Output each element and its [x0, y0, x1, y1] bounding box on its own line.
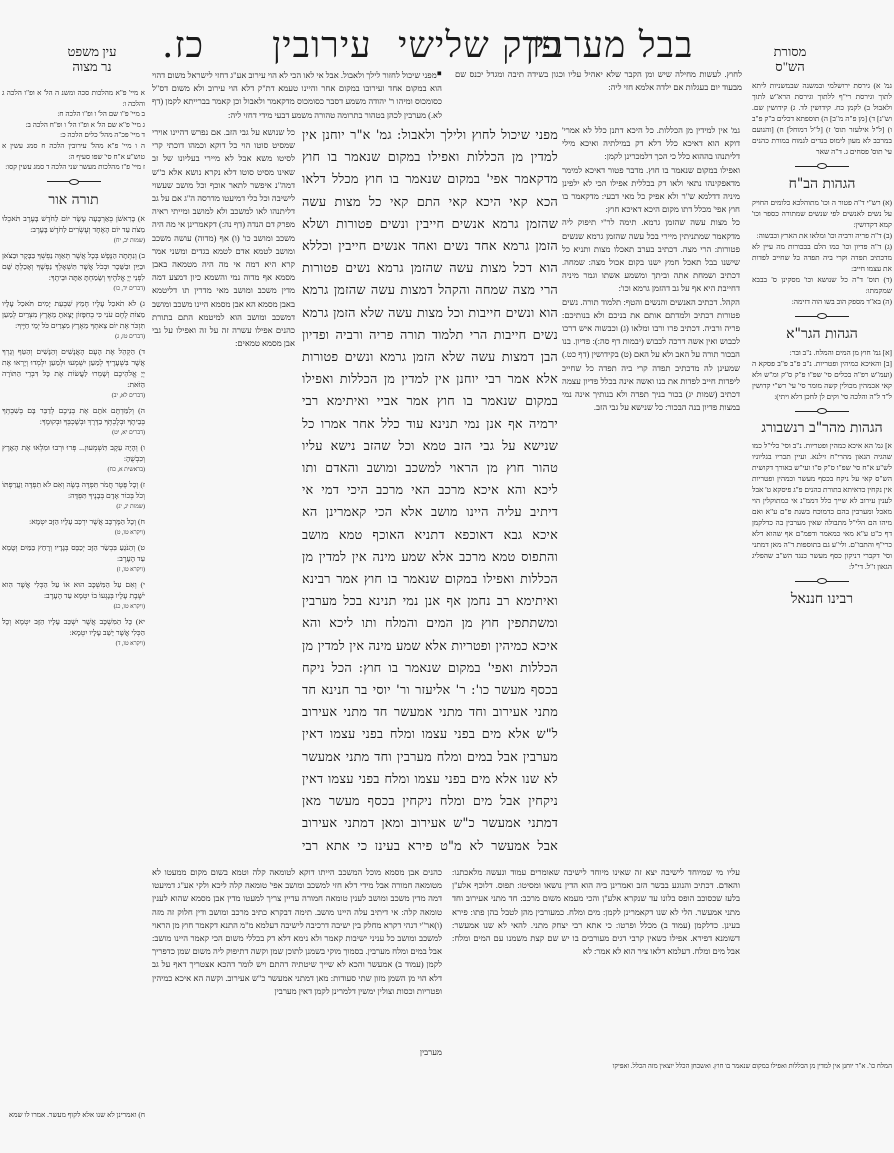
ornament-divider	[47, 179, 101, 185]
tosafot-lower-text: עליו מי שמיוחד לישיבה יצא זה שאינו מיוחד…	[452, 868, 740, 956]
torah-or-verse: י) וְאִם עַל הַמִּשְׁכָּב הוּא אוֹ עַל ה…	[2, 579, 145, 601]
tosafot-head: לחוץ. לעשות מחילה שיש ומן הקבר שלא יאהיל…	[455, 68, 742, 124]
hagaha-item: (א) רש"י ד"ה פטור ה וכו' מתוהלכא כלומים …	[752, 197, 892, 230]
ornament-divider	[795, 408, 849, 414]
torah-or-title: תורה אור	[2, 191, 145, 209]
verse-reference: (דברים יא, יט)	[2, 428, 145, 439]
torah-or: א) בָּרִאשֹׁן בְּאַרְבָּעָה עָשָׂר יוֹם …	[2, 213, 145, 653]
ein-mishpat-item: א מיי' פ"א מהלכות סכה ומשנ ה הל' א ופ"ו …	[2, 88, 145, 109]
verse-reference: (ויקרא טו, ז)	[2, 565, 145, 576]
hagaha-item: א] גמ' הא איכא כמהין ופטריות. נ"ב וסי' כ…	[752, 440, 892, 572]
ein-mishpat-title: עין משפט נר מצוה	[52, 44, 132, 74]
gemara-body: מפני שיכול לחוץ ולילך ולאבול: גמ' א"ר יו…	[302, 128, 558, 850]
torah-or-verse: ו) וְהָיָה עֵקֶב תִּשְׁמְעוּן... פְּרוּ …	[2, 442, 145, 464]
masechet-chapter-label: בבל מערבין	[525, 26, 693, 66]
torah-or-verse: ב) וְנִתְּתָה הַנֶּפֶשׁ בְּכָל אֲשֶׁר תְ…	[2, 250, 145, 283]
hagaha-item: [ב] והאיכא כמיהין ופטריות. נ"ב פ"ב פ"ב פ…	[752, 358, 892, 402]
ornament-divider	[795, 313, 849, 319]
hagahot-hagra: [א] גמ' חוץ מן המים והמלח. נ"ב ובר: [ב] …	[752, 347, 892, 402]
torah-or-verse: ט) וְהַנֹּגֵעַ בִּבְשַׂר הַזָּב יְכַבֵּס…	[2, 542, 145, 564]
verse-reference: (בראשית א, כח)	[2, 465, 145, 476]
hagahot-hagra-title: הגהות הגר"א	[752, 325, 892, 343]
verse-reference: (דברים טז, ג)	[2, 332, 145, 343]
torah-or-verse: א) בָּרִאשֹׁן בְּאַרְבָּעָה עָשָׂר יוֹם …	[2, 213, 145, 235]
rashi-column: כל שנושא על גבי הזב. אם נפרש דהיינו אויר…	[152, 126, 295, 856]
tosafot-section: ואפילו במקום שנאמר בו חוץ. מדבר פטור דאי…	[562, 164, 740, 217]
verse-reference: (שמות יב, יח)	[2, 236, 145, 247]
rashi-head-text: מפני שיכול לחזור לילך ולאבול. אבל אי לאו…	[152, 71, 442, 120]
verse-reference: (דברים יד, כו)	[2, 284, 145, 295]
tosafot-lower: עליו מי שמיוחד לישיבה יצא זה שאינו מיוחד…	[452, 866, 740, 1026]
verse-reference: (שמות יג, יג)	[2, 502, 145, 513]
tosafot-head-text: לחוץ. לעשות מחילה שיש ומן הקבר שלא יאהיל…	[455, 70, 742, 92]
catchword: מערבין	[152, 1046, 442, 1060]
torah-or-verse: ז) וְכָל פֶּטֶר חֲמֹר תִּפְדֶּה בְשֶׂה ו…	[2, 479, 145, 501]
ein-mishpat-title-line1: עין משפט	[52, 44, 132, 59]
ein-mishpat: א מיי' פ"א מהלכות סכה ומשנ ה הל' א ופ"ו …	[2, 88, 145, 173]
daf-number: כז.	[162, 26, 204, 66]
tosafot-section: גמ' אין למידין מן הכללות. כל היכא דתנן כ…	[562, 124, 740, 164]
torah-or-verse: יא) כָּל הַמִּשְׁכָּב אֲשֶׁר יִשְׁכַּב ע…	[2, 616, 145, 638]
hagaha-item: [א] גמ' חוץ מן המים והמלח. נ"ב ובר:	[752, 347, 892, 358]
torah-or-verse: ח) וְכָל הַמֶּרְכָּב אֲשֶׁר יִרְכַּב עָל…	[2, 516, 145, 527]
rabbeinu-chananel-text: המלח כו'. א"ר יוחנן אין למדין מן הכללות …	[150, 1062, 892, 1124]
ornament-divider	[795, 578, 849, 584]
masoret-title-line1: מסורת	[760, 44, 820, 59]
hagahot-mahrav: א] גמ' הא איכא כמהין ופטריות. נ"ב וסי' כ…	[752, 440, 892, 572]
rabbeinu-chananel-title: רבינו חננאל	[752, 590, 892, 608]
masoret-hashas: גמ' א) גירסת ירושלמי ובמשנה שבמשניות לית…	[752, 80, 892, 157]
ein-mishpat-item: ד מיי' פכ"ה מהל' כלים הלכה כ:	[2, 130, 145, 141]
left-margin-column: א מיי' פ"א מהלכות סכה ומשנ ה הל' א ופ"ו …	[2, 88, 145, 1088]
tosafot-section: הקהל. דכתיב האנשים והנשים והטף: תלמוד תו…	[562, 296, 740, 415]
right-margin-column: גמ' א) גירסת ירושלמי ובמשנה שבמשניות לית…	[752, 80, 892, 1080]
tractate-name: עירובין	[272, 26, 372, 66]
masoret-title-line2: הש"ס	[760, 59, 820, 74]
torah-or-bottom-note: ח) ואמרינן לא שנו אלא לקוף מעשר. אמרו לו…	[2, 1110, 145, 1134]
hagaha-item: (ה) בא"ד מספק הוב בשו הוה דזימה:	[752, 296, 892, 307]
rashi-lower: כהנים אבן מסמא מוכל המשכב הייתו דוקא לטו…	[152, 866, 442, 1046]
ein-mishpat-item: ג מיי' פ"א שם הל' א ופ"ו הל' ו ופ"ח הלכה…	[2, 120, 145, 131]
hagaha-item: (ג) ד"ה פדיון וכו' כמו הלם בבכורות מה עי…	[752, 241, 892, 274]
tosafot-section: כל מצות עשה שהזמן גרמא. תימה לר"י תיפוק …	[562, 216, 740, 295]
verse-reference: (דברים לא, יב)	[2, 391, 145, 402]
ein-mishpat-item: ה ו מיי' פ"א מהל' עירובין הלכה ח סמג עשי…	[2, 141, 145, 162]
ein-mishpat-title-line2: נר מצוה	[52, 59, 132, 74]
torah-or-verse: ג) לֹא תֹאכַל עָלָיו חָמֵץ שִׁבְעַת יָמִ…	[2, 298, 145, 331]
masoret-hashas-title: מסורת הש"ס	[760, 44, 820, 74]
ein-mishpat-item: ב מיי' פ"ו שם הל' ו ופ"ו הלכה ח:	[2, 109, 145, 120]
hagaha-item: (ב) ד"ה פריה ורביה וכו' ומלאו את הארץ וכ…	[752, 230, 892, 241]
hagaha-item: (ד) תוס' ד"ה כל שנושא וכו' מסקינן ס' בבב…	[752, 274, 892, 296]
hagahot-habach-title: הגהות הב"ח	[752, 175, 892, 193]
ornament-divider	[795, 163, 849, 169]
rashi-lower-text: כהנים אבן מסמא מוכל המשכב הייתו דוקא לטו…	[152, 868, 442, 996]
torah-or-verse: ד) הַקְהֵל אֶת הָעָם הָאֲנָשִׁים וְהַנָּ…	[2, 346, 145, 390]
gemara-text: מפני שיכול לחוץ ולילך ולאבול: גמ' א"ר יו…	[302, 124, 558, 850]
rashi-column-text: כל שנושא על גבי הזב. אם נפרש דהיינו אויר…	[152, 128, 295, 348]
verse-reference: (ויקרא טו, כג)	[2, 602, 145, 613]
tosafot-column: גמ' אין למידין מן הכללות. כל היכא דתנן כ…	[562, 124, 740, 859]
verse-reference: (ויקרא טו, ט)	[2, 528, 145, 539]
rashi-head: ▪מפני שיכול לחזור לילך ולאבול. אבל אי לא…	[152, 68, 442, 126]
hagahot-habach: (א) רש"י ד"ה פטור ה וכו' מתוהלכא כלומים …	[752, 197, 892, 307]
verse-reference: (ויקרא טו, ד)	[2, 639, 145, 650]
ein-mishpat-item: ז מיי' פ"ז מהלכות מעשר שני הלכה ד סמג עש…	[2, 162, 145, 173]
rashi-dibbur-hamatchil: ▪	[437, 68, 442, 82]
torah-or-verse: ה) וְלִמַּדְתֶּם אֹתָם אֶת בְּנֵיכֶם לְד…	[2, 405, 145, 427]
hagahot-mahrav-title: הגהות מהר"ב רנשבורג	[752, 420, 892, 436]
